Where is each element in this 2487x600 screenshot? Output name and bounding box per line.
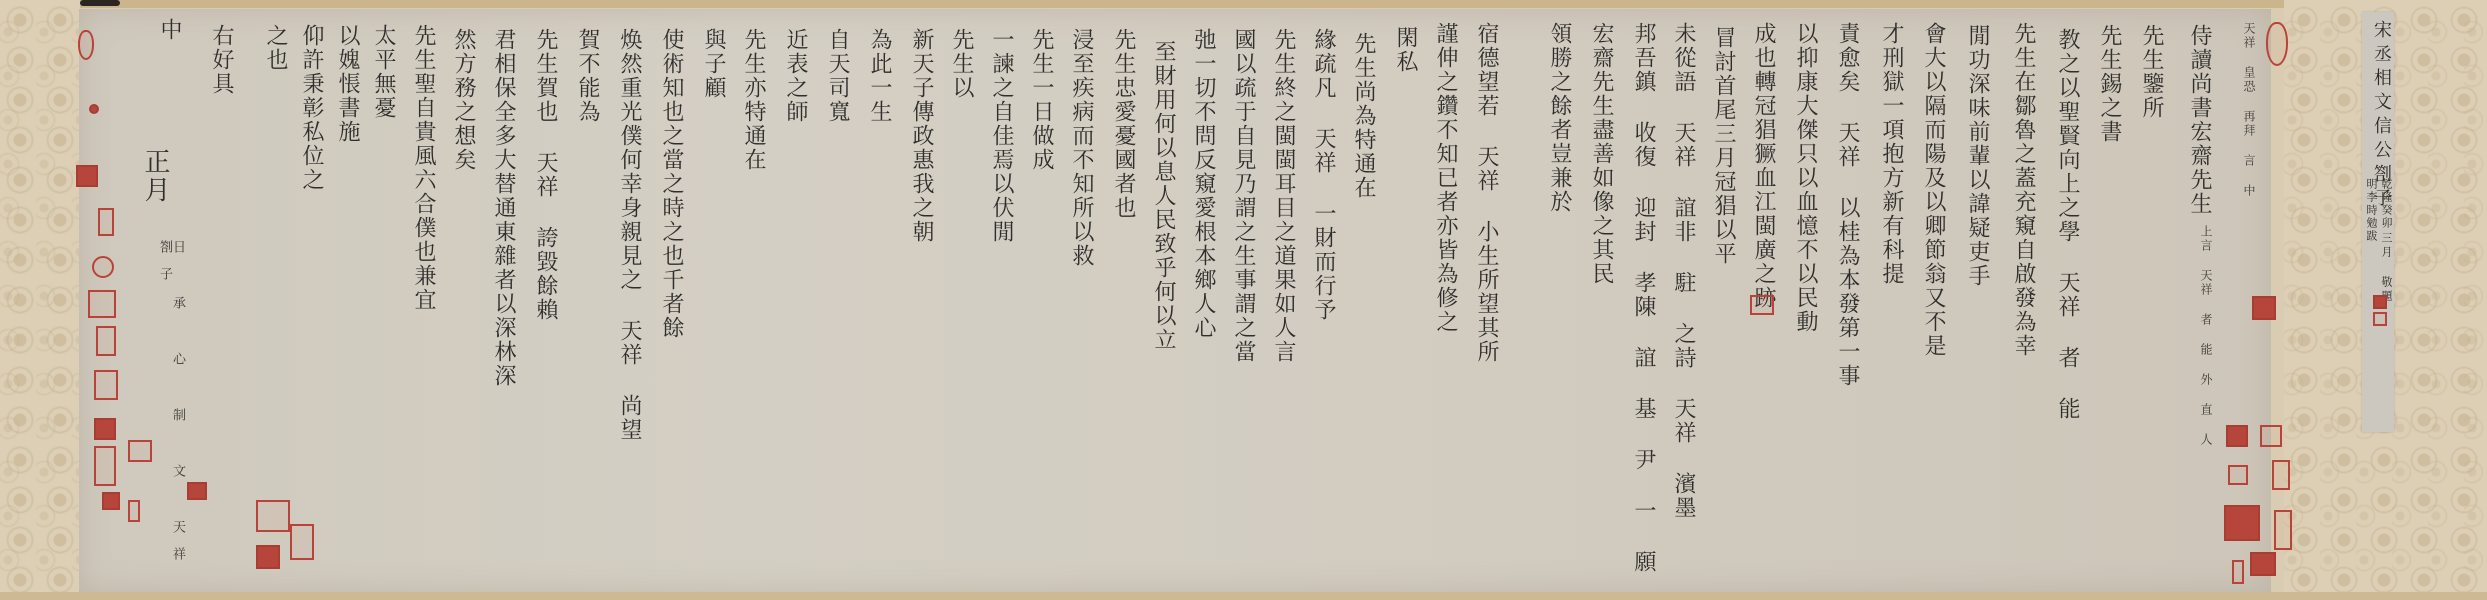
imperial-seal-small-2 xyxy=(2373,312,2387,326)
letter-column-22: 先生尚為特通在 xyxy=(1352,32,1374,200)
seal-left-6 xyxy=(94,446,116,486)
letter-column-10: 才刑獄一項抱方新有科提 xyxy=(1880,22,1902,286)
letter-column-43: 賀不能為 xyxy=(576,28,598,124)
inscription-colophon-note: 明李時勉跋 xyxy=(2363,178,2379,243)
seal-left-7 xyxy=(128,440,152,462)
seal-bottom-3 xyxy=(290,524,314,560)
seal-bottom-4 xyxy=(256,545,280,569)
seal-left-9 xyxy=(128,500,140,522)
letter-column-9: 會大以隔而陽及以卿節翁又不是 xyxy=(1922,22,1944,358)
letter-column-5: 先生錫之書 xyxy=(2098,24,2120,144)
letter-column-45: 君相保全多大替通東雜者以深林深 xyxy=(492,28,514,388)
imperial-seal-small xyxy=(2373,295,2387,309)
letter-column-32: 先生以 xyxy=(950,28,972,100)
letter-column-26: 弛一切不問反窺愛根本鄉人心 xyxy=(1192,28,1214,340)
seal-right-3 xyxy=(2228,465,2248,485)
letter-column-8: 閒功深味前輩以諱疑吏手 xyxy=(1966,24,1988,288)
letter-column-1: 天祥 皇恐 再拜 言 中 xyxy=(2243,22,2255,198)
letter-column-40: 使術知也之當之時之也千者餘 xyxy=(660,28,682,340)
left-brocade-mount xyxy=(0,0,80,600)
seal-left-round xyxy=(92,256,114,278)
letter-column-24: 先生終之閩閩耳目之道果如人言 xyxy=(1272,28,1294,364)
letter-column-13: 成也轉冠猖獗血江閩廣之跡 xyxy=(1752,22,1774,310)
seal-left-2 xyxy=(88,290,116,318)
letter-signature: 日 承 心 制 文 天祥 劄子 xyxy=(158,240,184,600)
seal-gourd-left xyxy=(78,30,94,60)
letter-column-25: 國以疏于自見乃謂之生事謂之當 xyxy=(1232,28,1254,364)
letter-column-31: 一諫之自佳焉以伏閒 xyxy=(990,28,1012,244)
seal-right-5 xyxy=(2224,505,2260,541)
letter-column-18: 領勝之餘者豈兼於 xyxy=(1548,22,1570,214)
seal-bottom-1 xyxy=(187,482,207,500)
seal-right-8 xyxy=(2232,560,2244,584)
letter-column-35: 自天司寬 xyxy=(826,28,848,124)
letter-column-2: 侍讀尚書宏齋先生 xyxy=(2188,24,2210,216)
seal-right-4 xyxy=(2272,460,2290,490)
seal-bottom-2 xyxy=(256,500,290,532)
seal-right-7 xyxy=(2250,552,2276,576)
letter-column-6: 教之以聖賢向上之學 天祥 者 能 xyxy=(2056,28,2078,421)
letter-column-28: 先生忠愛憂國者也 xyxy=(1112,28,1134,220)
seal-square-right xyxy=(2252,296,2276,320)
letter-column-17: 宏齋先生盡善如像之其民 xyxy=(1590,22,1612,286)
mount-top-edge xyxy=(0,0,2487,8)
letter-column-47: 先生聖自貴風六合僕也兼宜 xyxy=(412,24,434,312)
letter-column-50: 仰許秉彰私位之 xyxy=(300,24,322,192)
letter-column-20: 謹伸之鑽不知已者亦皆為修之 xyxy=(1434,22,1456,334)
letter-column-3: 上言 天祥 者 能 外 直 人 xyxy=(2200,225,2212,447)
letter-column-34: 為此一生 xyxy=(868,28,890,124)
seal-left-3 xyxy=(96,326,116,356)
seal-left-5 xyxy=(94,418,116,440)
seal-right-6 xyxy=(2274,510,2292,550)
mount-bottom-edge xyxy=(0,592,2487,600)
letter-column-30: 先生一日做成 xyxy=(1030,28,1052,172)
letter-column-27: 至財用何以息人民致乎何以立 xyxy=(1152,40,1174,352)
letter-column-46: 然方務之想矣 xyxy=(452,28,474,172)
seal-gourd-top-right xyxy=(2266,22,2288,66)
seal-left-square xyxy=(76,165,98,187)
letter-column-44: 先生賀也 天祥 誇毀餘賴 xyxy=(534,28,556,322)
letter-column-38: 與子顧 xyxy=(702,28,724,100)
letter-column-48: 太平無憂 xyxy=(372,24,394,120)
seal-round-small-left xyxy=(89,104,99,114)
letter-column-4: 先生鑒所 xyxy=(2140,24,2162,120)
seal-right-1 xyxy=(2226,425,2248,447)
letter-column-16: 邦吾鎮 收復 迎封 孝陳 誼 基 尹 一 願 xyxy=(1632,22,1654,574)
letter-column-36: 近表之師 xyxy=(784,28,806,124)
letter-column-53: 中 xyxy=(158,18,180,42)
seal-left-8 xyxy=(102,492,120,510)
letter-column-12: 以抑康大傑只以血憶不以民動 xyxy=(1794,22,1816,334)
inscription-signoff: 三月 敬題 xyxy=(2378,232,2394,304)
letter-column-23: 緣疏凡 天祥 一財而行予 xyxy=(1312,28,1334,322)
seal-mid-1 xyxy=(1750,295,1774,315)
letter-column-37: 先生亦特通在 xyxy=(742,28,764,172)
seal-left-4 xyxy=(94,370,118,400)
inscription-date: 乾隆癸卯 xyxy=(2378,178,2394,230)
roller-top-left xyxy=(80,0,120,6)
letter-column-14: 冒討首尾三月冠猖以平 xyxy=(1712,26,1734,266)
letter-column-51: 之也 xyxy=(264,24,286,72)
letter-column-29: 浸至疾病而不知所以救 xyxy=(1070,28,1092,268)
letter-column-41: 焕然重光僕何幸身親見之 天祥 尚望 xyxy=(618,28,640,442)
letter-column-15: 未從語 天祥 誼非 駐 之詩 天祥 濱墨 xyxy=(1672,22,1694,520)
letter-column-11: 責愈矣 天祥 以桂為本發第一事 xyxy=(1836,22,1858,388)
letter-column-52: 右好具 xyxy=(210,24,232,96)
letter-column-21: 閑私 xyxy=(1394,26,1416,74)
seal-right-2 xyxy=(2260,425,2282,447)
letter-column-33: 新天子傳政惠我之朝 xyxy=(910,28,932,244)
letter-column-19: 宿德望若 天祥 小生所望其所 xyxy=(1475,22,1497,364)
letter-column-49: 以媿悵書施 xyxy=(336,24,358,144)
letter-column-54: 正月 xyxy=(142,148,168,204)
letter-column-7: 先生在鄒魯之蓋充窺自啟發為幸 xyxy=(2012,22,2034,358)
seal-left-1 xyxy=(98,208,114,236)
